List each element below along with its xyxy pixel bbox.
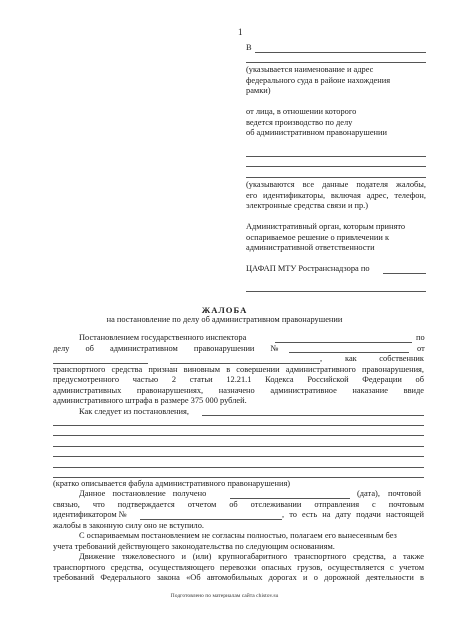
case-date-field[interactable]	[53, 363, 148, 364]
p1-l4: транспортного средства признан виновным …	[53, 365, 424, 376]
p4-l1: С оспариваемым постановлением не согласн…	[79, 531, 397, 542]
p3-l1-end: (дата), почтовой	[357, 489, 421, 500]
from-hint-2: ведется производство по делу	[246, 118, 352, 129]
applicant-hint-2: его идентификаторы, включая адрес, телеф…	[246, 191, 426, 202]
p1-l6: административных правонарушениях, назнач…	[53, 386, 424, 397]
authority-hint-3: административной ответственности	[246, 243, 375, 254]
p5-l3: требований Федерального закона «Об автом…	[53, 573, 424, 584]
p1-l2-end: от	[417, 344, 425, 355]
inspector-field[interactable]	[275, 342, 412, 343]
p3-l3-start: идентификатором №	[53, 510, 127, 521]
applicant-field-2[interactable]	[246, 166, 426, 167]
p3-l3-end: , то есть на дату подачи настоящей	[282, 510, 424, 521]
court-name-field[interactable]	[255, 52, 426, 53]
applicant-field-3[interactable]	[246, 177, 426, 178]
violation-field-4[interactable]	[53, 456, 424, 457]
document-title: ЖАЛОБА	[0, 305, 449, 316]
p1-l7: административного штрафа в размере 375 0…	[53, 396, 247, 407]
authority-hint-1: Административный орган, которым принято	[246, 222, 405, 233]
court-hint-2: федерального суда в районе нахождения	[246, 76, 390, 87]
footer-source: Подготовлено по материалам сайта chistov…	[0, 591, 449, 602]
authority-hint-2: оспариваемое решение о привлечении к	[246, 233, 389, 244]
authority-field-2[interactable]	[246, 291, 426, 292]
applicant-hint-1: (указываются все данные подателя жалобы,	[246, 180, 426, 191]
document-subtitle: на постановление по делу об администрати…	[0, 315, 449, 326]
p2-hint: (кратко описывается фабула административ…	[53, 479, 290, 490]
violation-field-5[interactable]	[53, 467, 424, 468]
violation-field-0[interactable]	[202, 415, 424, 416]
p1-l1-start: Постановлением государственного инспекто…	[79, 333, 246, 344]
applicant-hint-3: электронные средства связи и пр.)	[246, 201, 368, 212]
owner-name-field[interactable]	[170, 363, 320, 364]
p1-l5: предусмотренного частью 2 статьи 12.21.1…	[53, 375, 424, 386]
court-name-field-2[interactable]	[246, 62, 426, 63]
violation-field-3[interactable]	[53, 446, 424, 447]
p3-l2: связью, что подтверждается отчетом об от…	[53, 500, 424, 511]
p1-l3-comma: ,	[320, 354, 322, 365]
to-prefix: В	[246, 43, 252, 54]
court-hint-1: (указывается наименование и адрес	[246, 65, 373, 76]
court-hint-3: рамки)	[246, 86, 271, 97]
p5-l2: транспортного средства, осуществляющего …	[53, 563, 424, 574]
applicant-field-1[interactable]	[246, 156, 426, 157]
authority-region-field[interactable]	[383, 273, 426, 274]
violation-field-1[interactable]	[53, 425, 424, 426]
p5-l1: Движение тяжеловесного и (или) крупногаб…	[79, 552, 424, 563]
from-hint-1: от лица, в отношении которого	[246, 107, 356, 118]
violation-field-2[interactable]	[53, 435, 424, 436]
authority-name: ЦАФАП МТУ Ространснадзора по	[246, 264, 370, 275]
p1-l3-end: как собственник	[345, 354, 424, 365]
case-number-field[interactable]	[289, 352, 409, 353]
page-number: 1	[238, 27, 243, 38]
p2-l1: Как следует из постановления,	[79, 407, 189, 418]
p4-l2: учета требований действующего законодате…	[53, 542, 335, 553]
p1-l1-end: по	[416, 333, 425, 344]
p3-l4: жалобы в законную силу оно не вступило.	[53, 521, 204, 532]
from-hint-3: об административном правонарушении	[246, 128, 387, 139]
p1-l2-start: делу об административном правонарушении …	[53, 344, 279, 355]
p3-l1-start: Данное постановление получено	[79, 489, 206, 500]
